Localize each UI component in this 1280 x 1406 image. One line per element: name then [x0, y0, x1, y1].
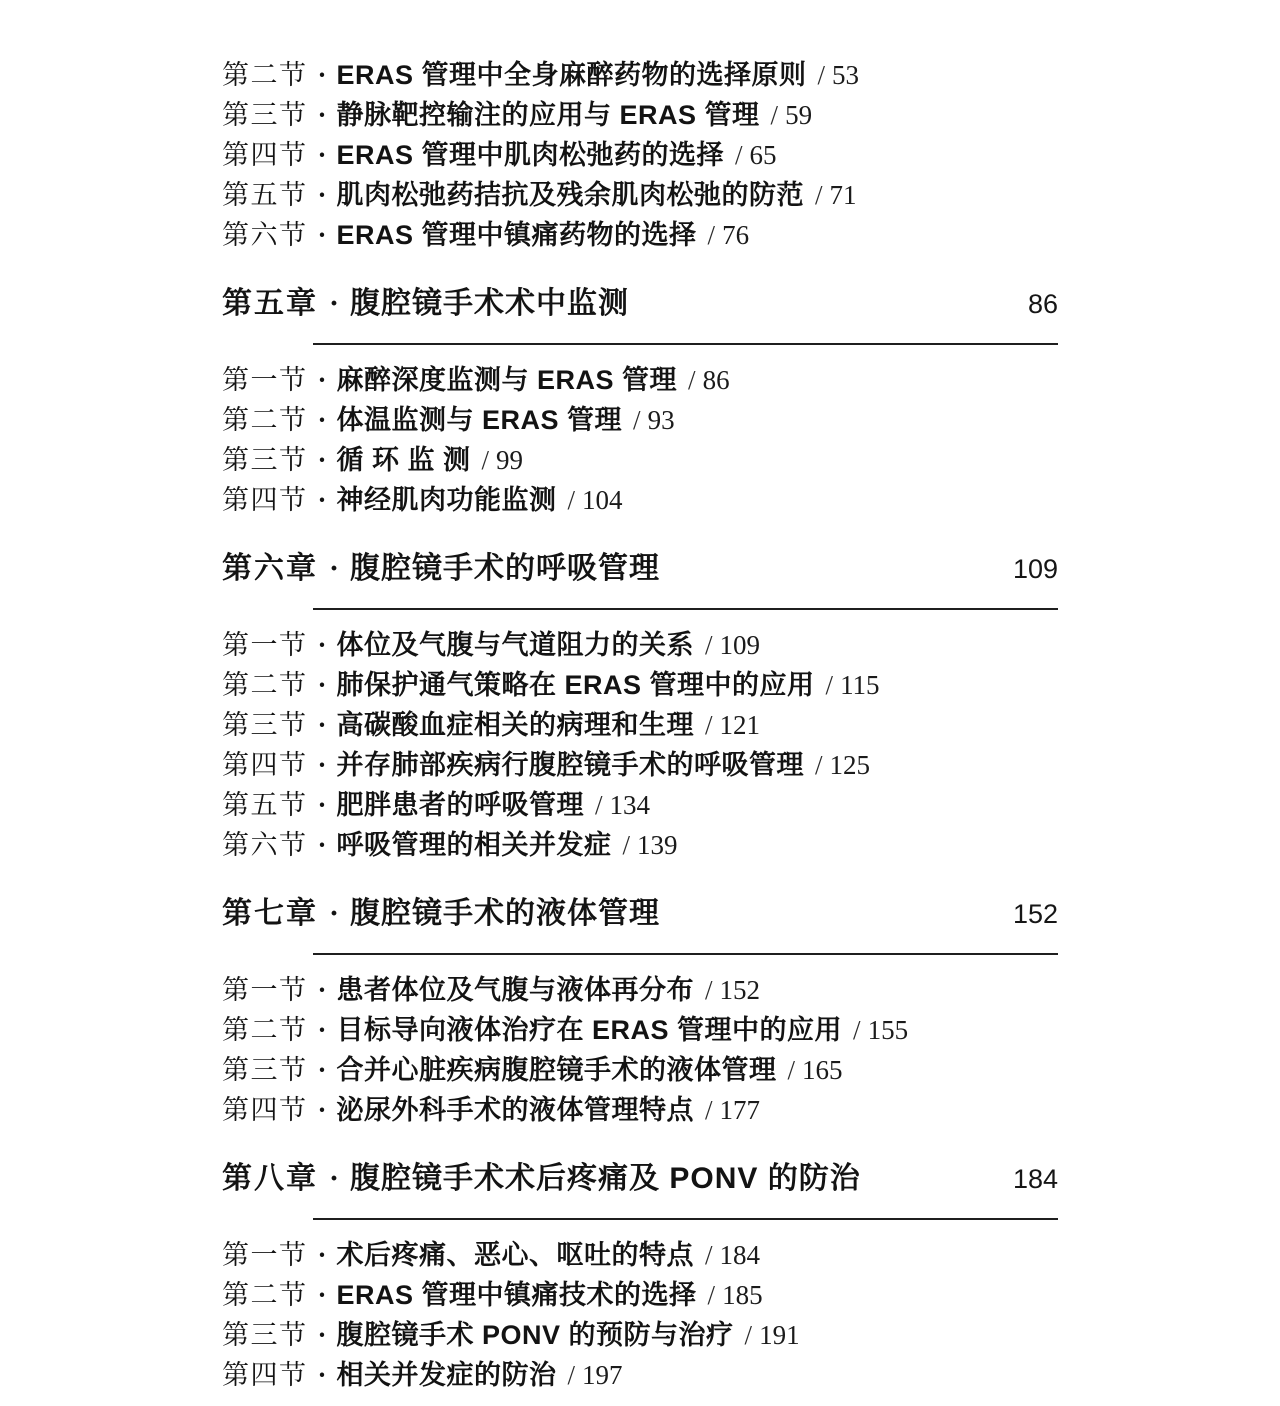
section-page-number: 86 [703, 365, 730, 395]
dot-separator: · [318, 785, 327, 825]
toc-section-entry: 第三节·合并心脏疾病腹腔镜手术的液体管理/165 [222, 1050, 1058, 1090]
dot-separator: · [318, 1235, 327, 1275]
section-page-number: 185 [722, 1280, 763, 1310]
slash-separator: / [633, 405, 641, 435]
section-page-number: 71 [830, 180, 857, 210]
chapter-page-number: 152 [1013, 896, 1058, 932]
section-title: ERAS 管理中肌肉松弛药的选择 [337, 140, 725, 170]
chapter-title: 腹腔镜手术术后疼痛及 PONV 的防治 [350, 1162, 861, 1195]
dot-separator: · [318, 400, 327, 440]
dot-separator: · [318, 1010, 327, 1050]
slash-separator: / [853, 1015, 861, 1045]
toc-section-entry: 第二节·ERAS 管理中全身麻醉药物的选择原则/53 [222, 55, 1058, 95]
section-page-number: 59 [785, 100, 812, 130]
slash-separator: / [708, 1280, 716, 1310]
toc-section-entry: 第五节·肥胖患者的呼吸管理/134 [222, 785, 1058, 825]
toc-section-entry: 第三节·静脉靶控输注的应用与 ERAS 管理/59 [222, 95, 1058, 135]
section-title: 肥胖患者的呼吸管理 [337, 790, 585, 820]
section-page-number: 184 [720, 1240, 761, 1270]
chapter-header: 第八章·腹腔镜手术术后疼痛及 PONV 的防治 184 [222, 1161, 1058, 1202]
dot-separator: · [329, 1161, 339, 1197]
toc-section-entry: 第二节·ERAS 管理中镇痛技术的选择/185 [222, 1275, 1058, 1315]
slash-separator: / [688, 365, 696, 395]
section-title: 神经肌肉功能监测 [337, 485, 557, 515]
section-label: 第二节 [222, 60, 308, 90]
chapter-title: 腹腔镜手术的呼吸管理 [350, 552, 660, 585]
chapter-divider-rule [313, 343, 1058, 345]
toc-section-entry: 第三节·高碳酸血症相关的病理和生理/121 [222, 705, 1058, 745]
toc-section-entry: 第二节·肺保护通气策略在 ERAS 管理中的应用/115 [222, 665, 1058, 705]
chapter-section-list: 第一节·患者体位及气腹与液体再分布/152 第二节·目标导向液体治疗在 ERAS… [222, 970, 1058, 1130]
section-page-number: 155 [868, 1015, 909, 1045]
slash-separator: / [826, 670, 834, 700]
section-title: 呼吸管理的相关并发症 [337, 830, 612, 860]
toc-section-entry: 第三节·腹腔镜手术 PONV 的预防与治疗/191 [222, 1315, 1058, 1355]
toc-section-entry: 第四节·神经肌肉功能监测/104 [222, 480, 1058, 520]
slash-separator: / [771, 100, 779, 130]
dot-separator: · [329, 551, 339, 587]
slash-separator: / [708, 220, 716, 250]
section-page-number: 121 [720, 710, 761, 740]
dot-separator: · [318, 970, 327, 1010]
dot-separator: · [318, 1355, 327, 1395]
chapter-block: 第七章·腹腔镜手术的液体管理 152 第一节·患者体位及气腹与液体再分布/152… [222, 896, 1058, 1130]
slash-separator: / [705, 1095, 713, 1125]
slash-separator: / [705, 1240, 713, 1270]
toc-page: 第二节·ERAS 管理中全身麻醉药物的选择原则/53 第三节·静脉靶控输注的应用… [0, 0, 1280, 1406]
section-title: 并存肺部疾病行腹腔镜手术的呼吸管理 [337, 750, 805, 780]
section-label: 第一节 [222, 1240, 308, 1270]
section-page-number: 104 [582, 485, 623, 515]
chapter-block: 第五章·腹腔镜手术术中监测 86 第一节·麻醉深度监测与 ERAS 管理/86 … [222, 286, 1058, 520]
section-label: 第五节 [222, 790, 308, 820]
toc-section-entry: 第四节·相关并发症的防治/197 [222, 1355, 1058, 1395]
section-title: 相关并发症的防治 [337, 1360, 557, 1390]
section-label: 第六节 [222, 220, 308, 250]
section-title: 泌尿外科手术的液体管理特点 [337, 1095, 695, 1125]
dot-separator: · [318, 135, 327, 175]
slash-separator: / [568, 485, 576, 515]
toc-section-entry: 第四节·并存肺部疾病行腹腔镜手术的呼吸管理/125 [222, 745, 1058, 785]
toc-section-entry: 第一节·麻醉深度监测与 ERAS 管理/86 [222, 360, 1058, 400]
section-title: ERAS 管理中镇痛药物的选择 [337, 220, 697, 250]
section-label: 第二节 [222, 1015, 308, 1045]
toc-section-entry: 第一节·患者体位及气腹与液体再分布/152 [222, 970, 1058, 1010]
chapter-label: 第六章 [222, 552, 318, 585]
chapter-block: 第八章·腹腔镜手术术后疼痛及 PONV 的防治 184 第一节·术后疼痛、恶心、… [222, 1161, 1058, 1395]
section-page-number: 53 [832, 60, 859, 90]
chapter-header: 第七章·腹腔镜手术的液体管理 152 [222, 896, 1058, 937]
section-page-number: 93 [648, 405, 675, 435]
toc-section-entry: 第三节·循 环 监 测/99 [222, 440, 1058, 480]
slash-separator: / [788, 1055, 796, 1085]
chapter-page-number: 86 [1028, 286, 1058, 322]
section-page-number: 115 [840, 670, 880, 700]
section-page-number: 152 [720, 975, 761, 1005]
toc-section-entry: 第四节·ERAS 管理中肌肉松弛药的选择/65 [222, 135, 1058, 175]
slash-separator: / [735, 140, 743, 170]
chapter-title-group: 第七章·腹腔镜手术的液体管理 [222, 896, 660, 937]
section-title: 体位及气腹与气道阻力的关系 [337, 630, 695, 660]
section-page-number: 76 [722, 220, 749, 250]
toc-section-entry: 第一节·术后疼痛、恶心、呕吐的特点/184 [222, 1235, 1058, 1275]
section-label: 第五节 [222, 180, 308, 210]
slash-separator: / [745, 1320, 753, 1350]
dot-separator: · [318, 215, 327, 255]
section-title: 肌肉松弛药拮抗及残余肌肉松弛的防范 [337, 180, 805, 210]
section-page-number: 125 [830, 750, 871, 780]
section-title: 患者体位及气腹与液体再分布 [337, 975, 695, 1005]
section-label: 第六节 [222, 830, 308, 860]
section-label: 第一节 [222, 365, 308, 395]
dot-separator: · [318, 625, 327, 665]
section-title: 麻醉深度监测与 ERAS 管理 [337, 365, 678, 395]
slash-separator: / [482, 445, 490, 475]
dot-separator: · [318, 1315, 327, 1355]
toc-section-entry: 第二节·体温监测与 ERAS 管理/93 [222, 400, 1058, 440]
chapter-list: 第五章·腹腔镜手术术中监测 86 第一节·麻醉深度监测与 ERAS 管理/86 … [222, 286, 1058, 1395]
section-label: 第三节 [222, 445, 308, 475]
dot-separator: · [329, 286, 339, 322]
chapter-title: 腹腔镜手术的液体管理 [350, 897, 660, 930]
chapter-header: 第五章·腹腔镜手术术中监测 86 [222, 286, 1058, 327]
slash-separator: / [815, 180, 823, 210]
section-label: 第四节 [222, 1095, 308, 1125]
chapter-page-number: 109 [1013, 551, 1058, 587]
section-label: 第四节 [222, 485, 308, 515]
chapter-title: 腹腔镜手术术中监测 [350, 287, 629, 320]
section-label: 第二节 [222, 1280, 308, 1310]
toc-section-entry: 第一节·体位及气腹与气道阻力的关系/109 [222, 625, 1058, 665]
dot-separator: · [318, 665, 327, 705]
leading-section-list: 第二节·ERAS 管理中全身麻醉药物的选择原则/53 第三节·静脉靶控输注的应用… [222, 55, 1058, 255]
slash-separator: / [623, 830, 631, 860]
slash-separator: / [705, 975, 713, 1005]
chapter-divider-rule [313, 608, 1058, 610]
section-label: 第二节 [222, 670, 308, 700]
dot-separator: · [318, 1275, 327, 1315]
section-page-number: 65 [750, 140, 777, 170]
chapter-section-list: 第一节·麻醉深度监测与 ERAS 管理/86 第二节·体温监测与 ERAS 管理… [222, 360, 1058, 520]
dot-separator: · [318, 360, 327, 400]
dot-separator: · [318, 440, 327, 480]
toc-section-entry: 第六节·呼吸管理的相关并发症/139 [222, 825, 1058, 865]
chapter-block: 第六章·腹腔镜手术的呼吸管理 109 第一节·体位及气腹与气道阻力的关系/109… [222, 551, 1058, 865]
dot-separator: · [318, 480, 327, 520]
slash-separator: / [818, 60, 826, 90]
dot-separator: · [318, 1050, 327, 1090]
chapter-label: 第七章 [222, 897, 318, 930]
section-title: 高碳酸血症相关的病理和生理 [337, 710, 695, 740]
chapter-title-group: 第五章·腹腔镜手术术中监测 [222, 286, 629, 327]
section-label: 第四节 [222, 140, 308, 170]
section-page-number: 99 [496, 445, 523, 475]
section-label: 第三节 [222, 1055, 308, 1085]
section-title: 静脉靶控输注的应用与 ERAS 管理 [337, 100, 760, 130]
slash-separator: / [595, 790, 603, 820]
dot-separator: · [318, 175, 327, 215]
section-label: 第四节 [222, 1360, 308, 1390]
section-page-number: 109 [720, 630, 761, 660]
section-label: 第三节 [222, 100, 308, 130]
section-page-number: 197 [582, 1360, 623, 1390]
section-label: 第三节 [222, 1320, 308, 1350]
chapter-section-list: 第一节·术后疼痛、恶心、呕吐的特点/184 第二节·ERAS 管理中镇痛技术的选… [222, 1235, 1058, 1395]
section-label: 第一节 [222, 975, 308, 1005]
dot-separator: · [318, 745, 327, 785]
section-label: 第四节 [222, 750, 308, 780]
dot-separator: · [318, 1090, 327, 1130]
chapter-title-group: 第八章·腹腔镜手术术后疼痛及 PONV 的防治 [222, 1161, 861, 1202]
section-title: ERAS 管理中全身麻醉药物的选择原则 [337, 60, 807, 90]
section-page-number: 165 [802, 1055, 843, 1085]
dot-separator: · [318, 825, 327, 865]
slash-separator: / [815, 750, 823, 780]
toc-section-entry: 第四节·泌尿外科手术的液体管理特点/177 [222, 1090, 1058, 1130]
slash-separator: / [705, 710, 713, 740]
chapter-section-list: 第一节·体位及气腹与气道阻力的关系/109 第二节·肺保护通气策略在 ERAS … [222, 625, 1058, 865]
dot-separator: · [329, 896, 339, 932]
toc-section-entry: 第二节·目标导向液体治疗在 ERAS 管理中的应用/155 [222, 1010, 1058, 1050]
section-page-number: 177 [720, 1095, 761, 1125]
section-title: 肺保护通气策略在 ERAS 管理中的应用 [337, 670, 815, 700]
chapter-page-number: 184 [1013, 1161, 1058, 1197]
chapter-divider-rule [313, 953, 1058, 955]
dot-separator: · [318, 95, 327, 135]
section-title: ERAS 管理中镇痛技术的选择 [337, 1280, 697, 1310]
chapter-label: 第五章 [222, 287, 318, 320]
toc-section-entry: 第五节·肌肉松弛药拮抗及残余肌肉松弛的防范/71 [222, 175, 1058, 215]
dot-separator: · [318, 55, 327, 95]
section-label: 第二节 [222, 405, 308, 435]
chapter-header: 第六章·腹腔镜手术的呼吸管理 109 [222, 551, 1058, 592]
section-title: 腹腔镜手术 PONV 的预防与治疗 [337, 1320, 734, 1350]
section-title: 术后疼痛、恶心、呕吐的特点 [337, 1240, 695, 1270]
toc-section-entry: 第六节·ERAS 管理中镇痛药物的选择/76 [222, 215, 1058, 255]
dot-separator: · [318, 705, 327, 745]
section-page-number: 139 [637, 830, 678, 860]
chapter-title-group: 第六章·腹腔镜手术的呼吸管理 [222, 551, 660, 592]
section-label: 第三节 [222, 710, 308, 740]
slash-separator: / [568, 1360, 576, 1390]
section-title: 循 环 监 测 [337, 445, 471, 475]
slash-separator: / [705, 630, 713, 660]
section-title: 目标导向液体治疗在 ERAS 管理中的应用 [337, 1015, 843, 1045]
chapter-divider-rule [313, 1218, 1058, 1220]
section-title: 合并心脏疾病腹腔镜手术的液体管理 [337, 1055, 777, 1085]
section-page-number: 191 [759, 1320, 800, 1350]
section-page-number: 134 [610, 790, 651, 820]
chapter-label: 第八章 [222, 1162, 318, 1195]
section-label: 第一节 [222, 630, 308, 660]
section-title: 体温监测与 ERAS 管理 [337, 405, 623, 435]
